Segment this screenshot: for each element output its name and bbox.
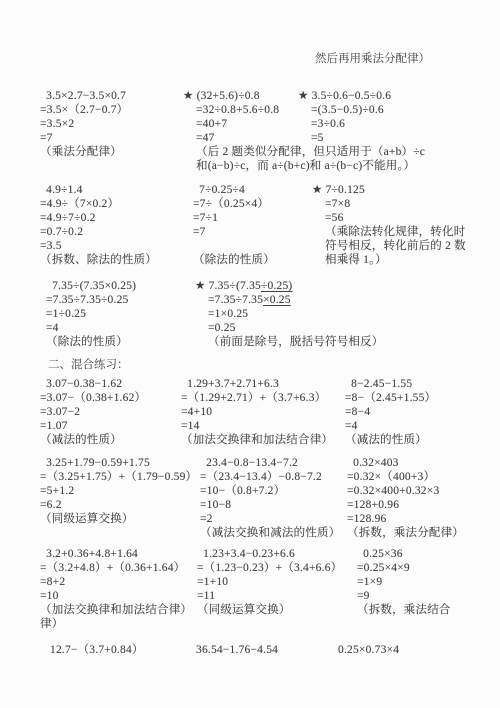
underlined-term: ÷0.25) bbox=[261, 280, 292, 292]
equation-line: =（1.29+2.71）+（3.7+6.3） bbox=[181, 391, 333, 405]
equation-line: 3.07−0.38−1.62 bbox=[40, 377, 146, 391]
equation-line: =10−8 bbox=[200, 498, 340, 512]
worksheet-page: { "page": { "background": "#fcfcfc", "in… bbox=[0, 0, 500, 708]
equation-line: =0.7÷0.2 bbox=[40, 225, 157, 239]
worked-example-sub-swap: 23.4−0.8−13.4−7.2=（23.4−13.4）−0.8−7.2=10… bbox=[200, 456, 340, 540]
equation-line: =0.32×（400+3） bbox=[347, 470, 464, 484]
equation-line: =6.2 bbox=[40, 498, 197, 512]
equation-line: =7×8 bbox=[325, 197, 466, 211]
equation-line: =1×0.25 bbox=[208, 307, 384, 321]
equation-line: =7.35÷7.35÷0.25 bbox=[46, 293, 136, 307]
equation-line: =8−（2.45+1.55） bbox=[345, 391, 436, 405]
equation-line: =9 bbox=[357, 589, 451, 603]
worked-example-mul-div-convert: ★ 7÷0.125=7×8=56（乘除法转化规律，转化时符号相反，转化前后的 2… bbox=[325, 183, 466, 267]
equation-line: （同级运算交换） bbox=[197, 603, 342, 617]
equation-line: =1.07 bbox=[40, 419, 146, 433]
equation-line: =0.32×400+0.32×3 bbox=[347, 484, 464, 498]
practice-problem-2: 36.54−1.76−4.54 bbox=[196, 643, 278, 657]
equation-line: 12.7−（3.7+0.84） bbox=[50, 643, 144, 657]
equation-line: 4.9÷1.4 bbox=[40, 183, 157, 197]
equation-line: =（23.4−13.4）−0.8−7.2 bbox=[200, 470, 340, 484]
equation-line: 7.35÷(7.35×0.25) bbox=[46, 279, 136, 293]
underlined-term: ×0.25 bbox=[263, 294, 291, 306]
equation-line: 36.54−1.76−4.54 bbox=[196, 643, 278, 657]
equation-line: 23.4−0.8−13.4−7.2 bbox=[200, 456, 340, 470]
equation-line: 符号相反，转化前后的 2 数 bbox=[325, 239, 466, 253]
equation-line: =1×9 bbox=[357, 575, 451, 589]
equation-line: 相乘得 1。） bbox=[325, 253, 466, 267]
wrap-fragment: 律） bbox=[40, 617, 63, 631]
equation-line: （加法交换律和加法结合律） bbox=[40, 603, 192, 617]
equation-line: =128+0.96 bbox=[347, 498, 464, 512]
equation-line: 0.25×0.73×4 bbox=[338, 643, 399, 657]
equation-line: =3.07−2 bbox=[40, 405, 146, 419]
equation-line: ★ 3.5÷0.6−0.5÷0.6 bbox=[298, 89, 391, 103]
continuation-note: 然后再用乘法分配律） bbox=[315, 50, 430, 66]
equation-line: =1+10 bbox=[197, 575, 342, 589]
equation-line: =7.35÷7.35×0.25 bbox=[208, 293, 384, 307]
worked-example-distributive: 3.5×2.7−3.5×0.7=3.5×（2.7−0.7）=3.5×2=7（乘法… bbox=[40, 89, 128, 159]
worked-example-division-property2: 7.35÷(7.35×0.25)=7.35÷7.35÷0.25=1÷0.25=4… bbox=[46, 279, 136, 349]
equation-line: =4.9÷（7×0.2） bbox=[40, 197, 157, 211]
worked-example-remove-brackets: ★ 7.35÷(7.35÷0.25)=7.35÷7.35×0.25=1×0.25… bbox=[208, 279, 384, 349]
section-heading: 二、混合练习： bbox=[48, 356, 129, 372]
equation-line: （减法的性质） bbox=[40, 433, 146, 447]
equation-line: 0.25×36 bbox=[357, 547, 451, 561]
equation-line: =7 bbox=[40, 131, 128, 145]
equation-line: =（3.2+4.8）+（0.36+1.64） bbox=[40, 561, 192, 575]
equation-line: ★ 7÷0.125 bbox=[312, 183, 466, 197]
equation-line: =8−4 bbox=[345, 405, 436, 419]
equation-line: （前面是除号，脱括号符号相反） bbox=[208, 335, 384, 349]
equation-line: =14 bbox=[181, 419, 333, 433]
equation-line: 7÷0.25÷4 bbox=[193, 183, 275, 197]
equation-line: =1÷0.25 bbox=[46, 307, 136, 321]
worked-example-add-commute2: 3.2+0.36+4.8+1.64=（3.2+4.8）+（0.36+1.64）=… bbox=[40, 547, 192, 617]
practice-problem-3: 0.25×0.73×4 bbox=[338, 643, 399, 657]
equation-line: （减法交换和减法的性质） bbox=[200, 526, 340, 540]
document-canvas: 然后再用乘法分配律） 3.5×2.7−3.5×0.7=3.5×（2.7−0.7）… bbox=[0, 0, 500, 708]
equation-line: 8−2.45−1.55 bbox=[345, 377, 436, 391]
equation-line: =128.96 bbox=[347, 512, 464, 526]
equation-line: 和(a−b)÷c，而 a÷(b+c)和 a÷(b−c)不能用。） bbox=[196, 159, 425, 173]
equation-line: （乘除法转化规律，转化时 bbox=[325, 225, 466, 239]
worked-example-add-commute: 1.29+3.7+2.71+6.3=（1.29+2.71）+（3.7+6.3）=… bbox=[181, 377, 333, 447]
equation-line: =4+10 bbox=[181, 405, 333, 419]
equation-line: =4 bbox=[345, 419, 436, 433]
equation-line: （同级运算交换） bbox=[40, 512, 197, 526]
equation-line: =5 bbox=[311, 131, 391, 145]
equation-line: =(3.5−0.5)÷0.6 bbox=[311, 103, 391, 117]
equation-line: （拆数，乘法分配律） bbox=[347, 526, 464, 540]
equation-line: =10−（0.8+7.2） bbox=[200, 484, 340, 498]
equation-line: （加法交换律和加法结合律） bbox=[181, 433, 333, 447]
equation-line: （减法的性质） bbox=[345, 433, 436, 447]
equation-line: =3.5×（2.7−0.7） bbox=[40, 103, 128, 117]
worked-example-split-mul: 0.32×403=0.32×（400+3）=0.32×400+0.32×3=12… bbox=[347, 456, 464, 540]
practice-problem-1: 12.7−（3.7+0.84） bbox=[50, 643, 144, 657]
equation-line: 0.32×403 bbox=[347, 456, 464, 470]
worked-example-split-number: 4.9÷1.4=4.9÷（7×0.2）=4.9÷7÷0.2=0.7÷0.2=3.… bbox=[40, 183, 157, 267]
worked-example-same-level-swap2: 1.23+3.4−0.23+6.6=（1.23−0.23）+（3.4+6.6）=… bbox=[197, 547, 342, 617]
equation-line: =（3.25+1.75）+（1.79−0.59） bbox=[40, 470, 197, 484]
worked-example-mul-associative: 0.25×36=0.25×4×9=1×9=9（拆数，乘法结合 bbox=[357, 547, 451, 617]
equation-line: =56 bbox=[325, 211, 466, 225]
equation-line: =3.5 bbox=[40, 239, 157, 253]
equation-line: =（1.23−0.23）+（3.4+6.6） bbox=[197, 561, 342, 575]
equation-line: （拆数，乘法结合 bbox=[357, 603, 451, 617]
equation-line: =11 bbox=[197, 589, 342, 603]
equation-line: =3.5×2 bbox=[40, 117, 128, 131]
worked-example-subtraction2: 8−2.45−1.55=8−（2.45+1.55）=8−4=4（减法的性质） bbox=[345, 377, 436, 447]
worked-example-div-distributive2: ★ 3.5÷0.6−0.5÷0.6=(3.5−0.5)÷0.6=3÷0.6=5 bbox=[311, 89, 391, 145]
equation-line: =7 bbox=[193, 225, 275, 239]
worked-example-division-property: 7÷0.25÷4=7÷（0.25×4）=7÷1=7（除法的性质） bbox=[193, 183, 275, 267]
equation-line: =7÷1 bbox=[193, 211, 275, 225]
equation-line: （除法的性质） bbox=[193, 253, 275, 267]
worked-example-subtraction: 3.07−0.38−1.62=3.07−（0.38+1.62）=3.07−2=1… bbox=[40, 377, 146, 447]
equation-text: ★ 7.35÷(7.35 bbox=[195, 280, 261, 292]
equation-line: 3.2+0.36+4.8+1.64 bbox=[40, 547, 192, 561]
equation-line: =10 bbox=[40, 589, 192, 603]
equation-line: （后 2 题类似分配律，但只适用于（a+b）÷c bbox=[196, 145, 425, 159]
equation-line: =7÷（0.25×4） bbox=[193, 197, 275, 211]
equation-line: （拆数、除法的性质） bbox=[40, 253, 157, 267]
equation-line: 律） bbox=[40, 617, 63, 631]
equation-line: ★ 7.35÷(7.35÷0.25) bbox=[195, 279, 384, 293]
equation-line: =2 bbox=[200, 512, 340, 526]
equation-line: =8+2 bbox=[40, 575, 192, 589]
equation-line: 1.23+3.4−0.23+6.6 bbox=[197, 547, 342, 561]
equation-line: 3.25+1.79−0.59+1.75 bbox=[40, 456, 197, 470]
equation-line: =4.9÷7÷0.2 bbox=[40, 211, 157, 225]
equation-line: 3.5×2.7−3.5×0.7 bbox=[40, 89, 128, 103]
equation-line: =0.25 bbox=[208, 321, 384, 335]
equation-text: =7.35÷7.35 bbox=[208, 294, 263, 306]
equation-line: =4 bbox=[46, 321, 136, 335]
equation-line: =0.25×4×9 bbox=[357, 561, 451, 575]
equation-line bbox=[193, 239, 275, 253]
equation-line: =3.07−（0.38+1.62） bbox=[40, 391, 146, 405]
equation-line: =3÷0.6 bbox=[311, 117, 391, 131]
equation-line: =5+1.2 bbox=[40, 484, 197, 498]
equation-line: 1.29+3.7+2.71+6.3 bbox=[181, 377, 333, 391]
equation-line: （除法的性质） bbox=[46, 335, 136, 349]
equation-line: （乘法分配律） bbox=[40, 145, 128, 159]
worked-example-same-level-swap: 3.25+1.79−0.59+1.75=（3.25+1.75）+（1.79−0.… bbox=[40, 456, 197, 526]
